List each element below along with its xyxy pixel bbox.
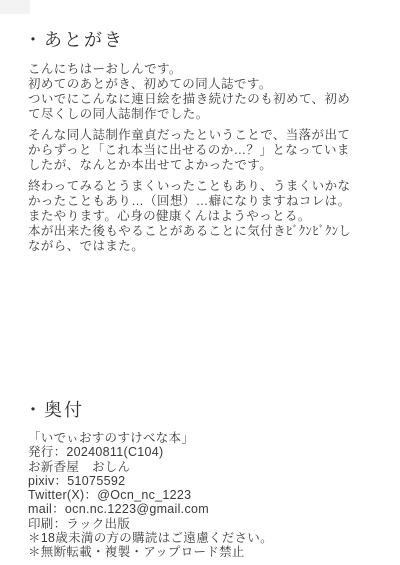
colophon-circle-author: お新香屋 おしん: [28, 460, 273, 474]
colophon-heading: ・奥付: [24, 396, 84, 422]
afterword-heading: ・あとがき: [24, 26, 124, 52]
colophon-block: 「いでぃおすのすけべな本」 発行：20240811(C104) お新香屋 おしん…: [28, 431, 273, 560]
scanned-doujinshi-page: ・あとがき こんにちはーおしんです。 初めてのあとがき、初めての同人誌です。 つ…: [0, 0, 400, 565]
colophon-mail-address: mail：ocn.nc.1223@gmail.com: [28, 502, 273, 516]
colophon-printer: 印刷：ラック出版: [28, 517, 273, 531]
afterword-paragraph-1: こんにちはーおしんです。 初めてのあとがき、初めての同人誌です。 ついでにこんな…: [28, 62, 380, 122]
colophon-book-title: 「いでぃおすのすけべな本」: [28, 431, 273, 445]
afterword-paragraph-3: 終わってみるとうまくいったこともあり、うまくいかな かったこともあり…（回想）……: [28, 179, 380, 254]
afterword-paragraph-2: そんな同人誌制作童貞だったということで、当落が出て からずっと「これ本当に出せる…: [28, 128, 380, 173]
colophon-publish-date: 発行：20240811(C104): [28, 445, 273, 459]
scan-corner-artifact: [0, 0, 30, 14]
colophon-reprint-notice: ＊無断転載・複製・アップロード禁止: [28, 545, 273, 559]
colophon-twitter-handle: Twitter(X)：@Ocn_nc_1223: [28, 488, 273, 502]
colophon-age-notice: ＊18歳未満の方の購読はご遠慮ください。: [28, 531, 273, 545]
colophon-pixiv-id: pixiv：51075592: [28, 474, 273, 488]
